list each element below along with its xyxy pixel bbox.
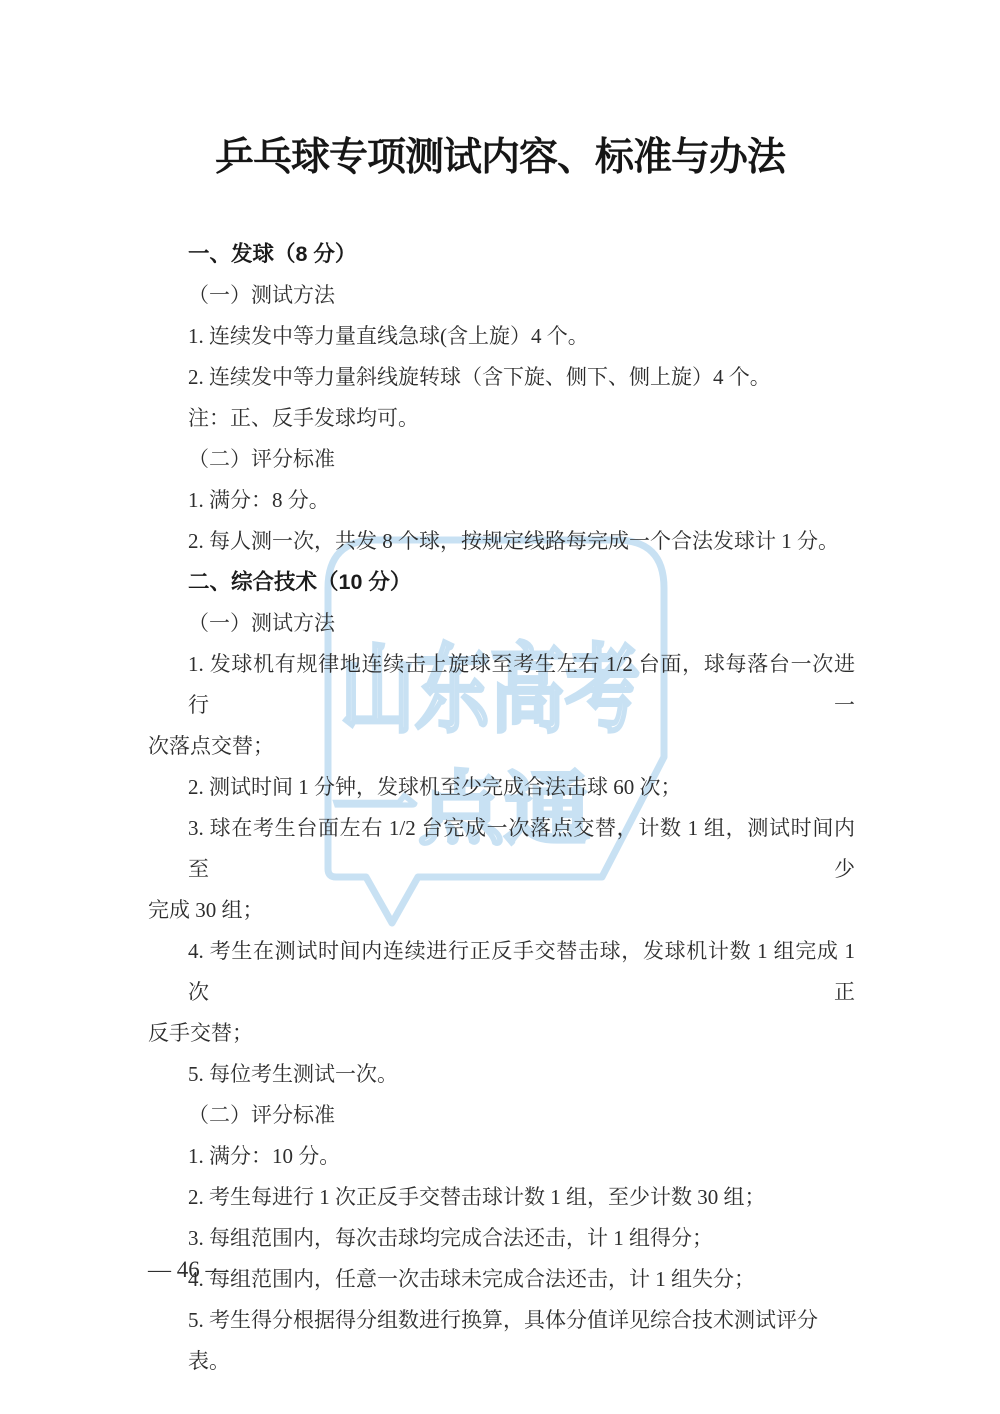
text-line-sub: （一）测试方法 [148, 275, 855, 316]
text-line-item: 4. 每组范围内，任意一次击球未完成合法还击，计 1 组失分； [148, 1259, 855, 1300]
text-line-item: 2. 考生每进行 1 次正反手交替击球计数 1 组，至少计数 30 组； [148, 1177, 855, 1218]
document-body: 一、发球（8 分）（一）测试方法1. 连续发中等力量直线急球(含上旋）4 个。2… [148, 234, 855, 1382]
text-line-heading: 一、发球（8 分） [148, 234, 855, 275]
text-line-item: 1. 满分：8 分。 [148, 480, 855, 521]
text-line-item: 3. 球在考生台面左右 1/2 台完成一次落点交替，计数 1 组，测试时间内至少 [148, 808, 855, 890]
text-line-cont: 反手交替； [148, 1013, 855, 1054]
text-line-item: 5. 每位考生测试一次。 [148, 1054, 855, 1095]
text-line-item: 5. 考生得分根据得分组数进行换算，具体分值详见综合技术测试评分表。 [148, 1300, 855, 1382]
text-line-item: 2. 连续发中等力量斜线旋转球（含下旋、侧下、侧上旋）4 个。 [148, 357, 855, 398]
text-line-item: 3. 每组范围内，每次击球均完成合法还击，计 1 组得分； [148, 1218, 855, 1259]
text-line-item: 1. 连续发中等力量直线急球(含上旋）4 个。 [148, 316, 855, 357]
text-line-item: 2. 测试时间 1 分钟，发球机至少完成合法击球 60 次； [148, 767, 855, 808]
text-line-cont: 完成 30 组； [148, 890, 855, 931]
text-line-cont: 次落点交替； [148, 726, 855, 767]
page-number: — 46 — [148, 1249, 229, 1290]
text-line-item: 4. 考生在测试时间内连续进行正反手交替击球，发球机计数 1 组完成 1 次正 [148, 931, 855, 1013]
text-line-sub: （二）评分标准 [148, 1095, 855, 1136]
text-line-item: 1. 发球机有规律地连续击上旋球至考生左右 1/2 台面，球每落台一次进行一 [148, 644, 855, 726]
text-line-item: 2. 每人测一次，共发 8 个球，按规定线路每完成一个合法发球计 1 分。 [148, 521, 855, 562]
page-title: 乒乓球专项测试内容、标准与办法 [0, 128, 1000, 188]
text-line-item: 1. 满分：10 分。 [148, 1136, 855, 1177]
text-line-heading: 二、综合技术（10 分） [148, 562, 855, 603]
text-line-sub: （二）评分标准 [148, 439, 855, 480]
text-line-sub: （一）测试方法 [148, 603, 855, 644]
text-line-item: 注：正、反手发球均可。 [148, 398, 855, 439]
document-page: 山东高考 一点通 乒乓球专项测试内容、标准与办法 一、发球（8 分）（一）测试方… [0, 0, 1000, 1414]
